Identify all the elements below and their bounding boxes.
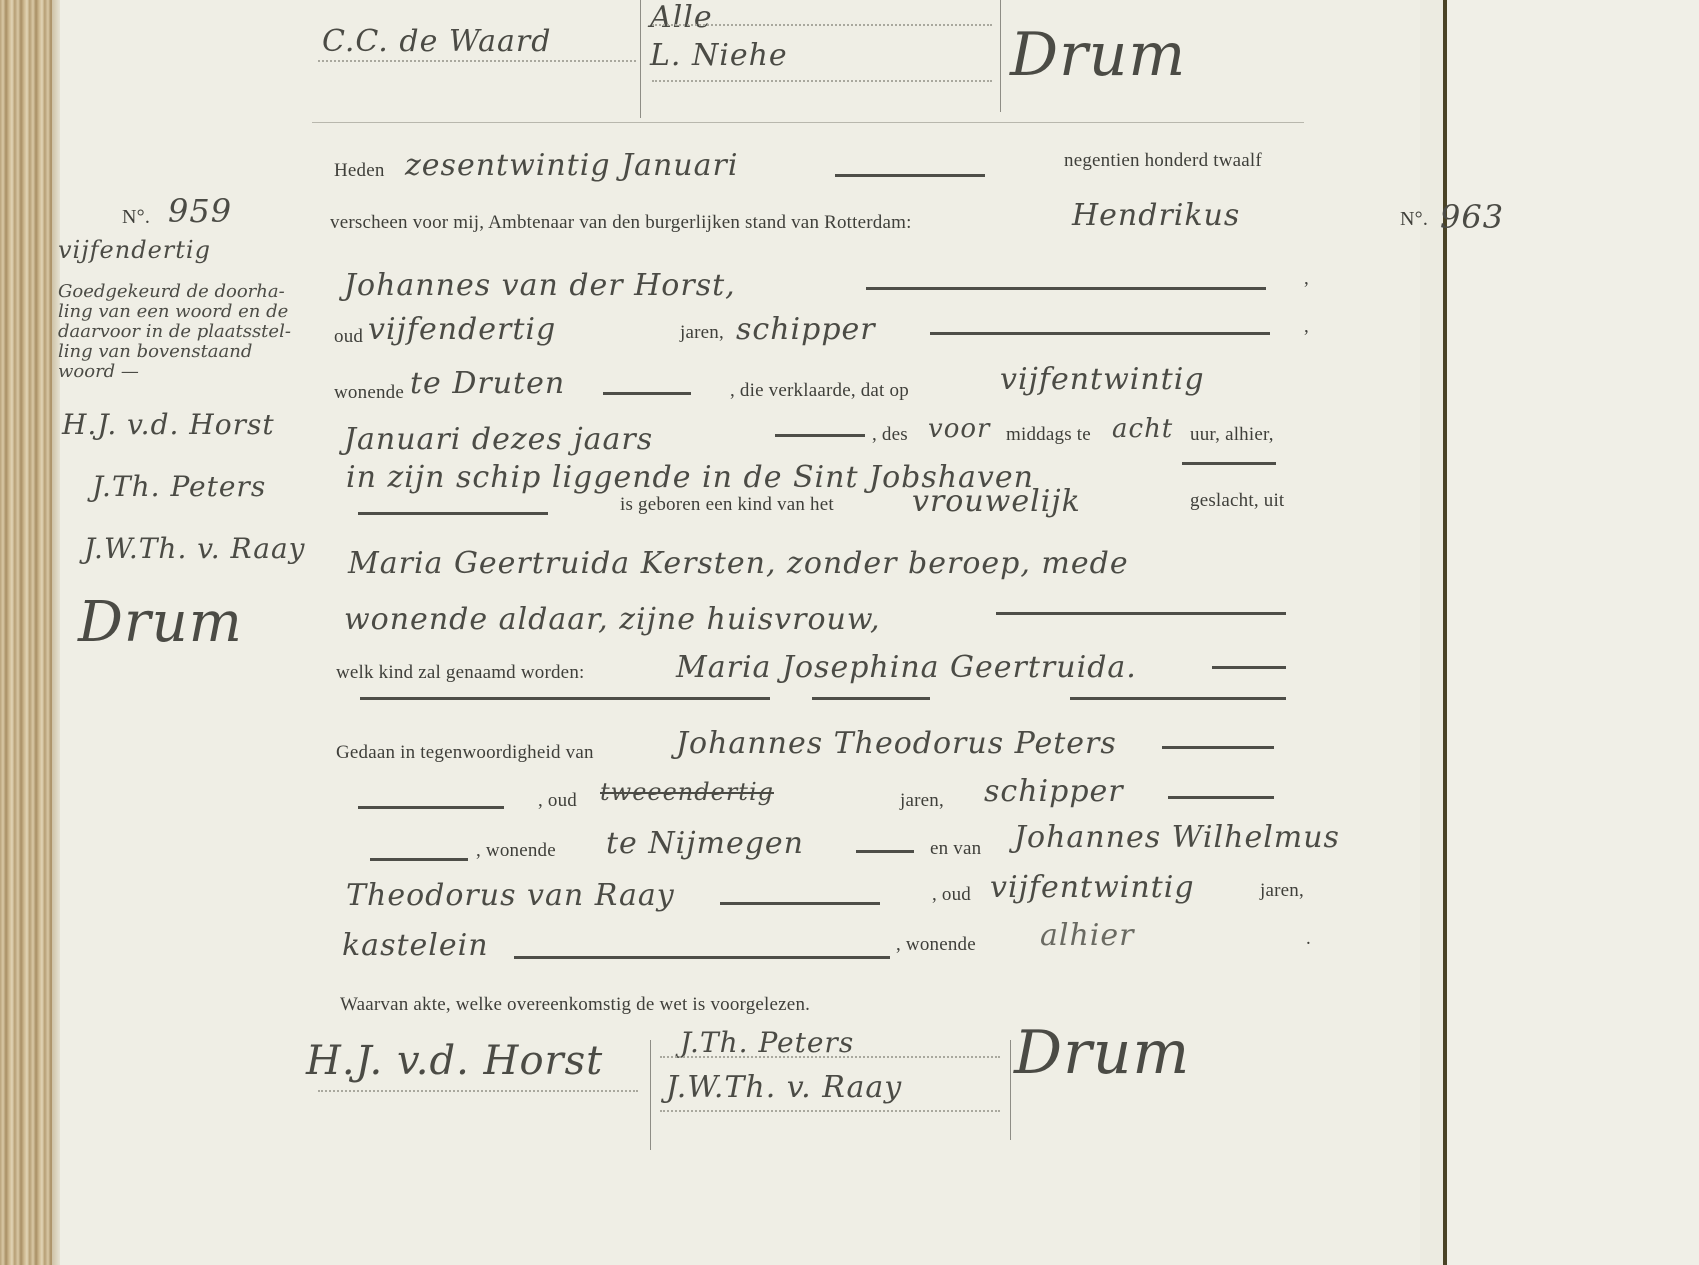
fill-line — [358, 806, 504, 809]
printed-text: , oud — [932, 884, 971, 906]
margin-signature: Drum — [78, 590, 243, 655]
signature-line — [660, 1056, 1000, 1058]
handwritten-witness: Johannes Theodorus Peters — [676, 726, 1117, 761]
handwritten-mother: Maria Geertruida Kersten, zonder beroep,… — [348, 546, 1129, 581]
fill-line — [720, 902, 880, 905]
fill-line — [1162, 746, 1274, 749]
fill-line — [1212, 666, 1286, 669]
handwritten-child-name: Maria Josephina Geertruida. — [676, 650, 1137, 685]
handwritten-age: vijfendertig — [368, 312, 556, 347]
printed-text: is geboren een kind van het — [620, 494, 834, 516]
handwritten-occupation: schipper — [984, 774, 1124, 809]
closing-statement: Waarvan akte, welke overeenkomstig de we… — [340, 994, 810, 1016]
handwritten-sex: vrouwelijk — [912, 484, 1081, 519]
book-spine — [0, 0, 52, 1265]
signature-line — [652, 24, 992, 26]
signature: Alle — [650, 0, 713, 35]
printed-text: jaren, — [680, 322, 724, 344]
fill-line — [930, 332, 1270, 335]
handwritten-name: Hendrikus — [1072, 198, 1240, 233]
struck-text: tweeendertig — [600, 778, 774, 806]
record-no: 959 — [168, 192, 232, 230]
printed-year: negentien honderd twaalf — [1064, 150, 1262, 172]
signature-line — [652, 80, 992, 82]
printed-text: , des — [872, 424, 908, 446]
fill-line — [812, 697, 930, 700]
fill-line — [1182, 462, 1276, 465]
signature: C.C. de Waard — [322, 24, 551, 59]
handwritten-place: alhier — [1040, 918, 1135, 953]
record-separator — [312, 122, 1304, 123]
declarant-signature: H.J. v.d. Horst — [306, 1038, 603, 1084]
handwritten-occupation: schipper — [736, 312, 876, 347]
printed-text: geslacht, uit — [1190, 490, 1284, 512]
fill-line — [866, 287, 1266, 290]
signature-line — [318, 60, 636, 62]
handwritten-place: te Druten — [410, 366, 565, 401]
fill-line — [603, 392, 691, 395]
column-divider — [1010, 1040, 1011, 1140]
printed-text: , — [1304, 316, 1309, 338]
fill-line — [835, 174, 985, 177]
margin-signature: J.Th. Peters — [92, 470, 266, 503]
record-no-label: N°. — [122, 206, 150, 229]
signature: L. Niehe — [650, 38, 788, 73]
printed-text: verscheen voor mij, Ambtenaar van den bu… — [330, 212, 912, 234]
printed-text: oud — [334, 326, 363, 348]
official-signature: Drum — [1014, 1018, 1190, 1088]
printed-text: . — [1306, 928, 1311, 950]
printed-text: wonende — [334, 382, 404, 404]
printed-text: jaren, — [1260, 880, 1304, 902]
signature-line — [318, 1090, 638, 1092]
printed-text: , — [1304, 268, 1309, 290]
fill-line — [514, 956, 890, 959]
right-record-no: 963 — [1440, 198, 1504, 236]
fill-line — [1070, 697, 1286, 700]
correction-note-line: Goedgekeurd de doorha- — [58, 282, 285, 302]
handwritten-hour: acht — [1112, 414, 1173, 444]
witness-signature: J.W.Th. v. Raay — [666, 1070, 902, 1105]
witness-signature: J.Th. Peters — [680, 1026, 854, 1059]
right-page — [1447, 0, 1699, 1265]
column-divider — [650, 1040, 651, 1150]
handwritten-place: te Nijmegen — [606, 826, 804, 861]
handwritten-occupation: kastelein — [342, 928, 489, 963]
handwritten-text: wonende aldaar, zijne huisvrouw, — [344, 602, 880, 637]
correction-word: vijfendertig — [58, 236, 211, 264]
handwritten-witness: Johannes Wilhelmus — [1014, 820, 1340, 855]
printed-text: Heden — [334, 160, 385, 182]
column-divider — [640, 0, 641, 118]
right-record-no-label: N°. — [1400, 208, 1428, 231]
margin-signature: J.W.Th. v. Raay — [84, 532, 305, 565]
page-edge — [52, 0, 60, 1265]
fill-line — [370, 858, 468, 861]
printed-text: welk kind zal genaamd worden: — [336, 662, 585, 684]
signature-line — [660, 1110, 1000, 1112]
printed-text: en van — [930, 838, 981, 860]
printed-text: uur, alhier, — [1190, 424, 1274, 446]
fill-line — [358, 512, 548, 515]
handwritten-age: vijfentwintig — [990, 870, 1195, 905]
handwritten-name: Johannes van der Horst, — [344, 268, 736, 303]
handwritten-time: voor — [928, 414, 990, 444]
correction-note-line: daarvoor in de plaatsstel- — [58, 322, 291, 342]
fill-line — [360, 697, 770, 700]
printed-text: , die verklaarde, dat op — [730, 380, 909, 402]
fill-line — [856, 850, 914, 853]
margin-signature: H.J. v.d. Horst — [62, 408, 275, 441]
handwritten-date: zesentwintig Januari — [405, 148, 738, 183]
handwritten-date: vijfentwintig — [1000, 362, 1205, 397]
printed-text: , oud — [538, 790, 577, 812]
printed-text: Gedaan in tegenwoordigheid van — [336, 742, 594, 764]
handwritten-witness: Theodorus van Raay — [346, 878, 675, 913]
printed-text: middags te — [1006, 424, 1091, 446]
column-divider — [1000, 0, 1001, 112]
fill-line — [996, 612, 1286, 615]
fill-line — [775, 434, 865, 437]
printed-text: jaren, — [900, 790, 944, 812]
correction-note-line: ling van een woord en de — [58, 302, 288, 322]
correction-note-line: ling van bovenstaand — [58, 342, 252, 362]
printed-text: , wonende — [896, 934, 976, 956]
signature: Drum — [1010, 20, 1186, 90]
fill-line — [1168, 796, 1274, 799]
printed-text: , wonende — [476, 840, 556, 862]
handwritten-date: Januari dezes jaars — [344, 422, 653, 457]
correction-note-line: woord — — [58, 362, 139, 382]
